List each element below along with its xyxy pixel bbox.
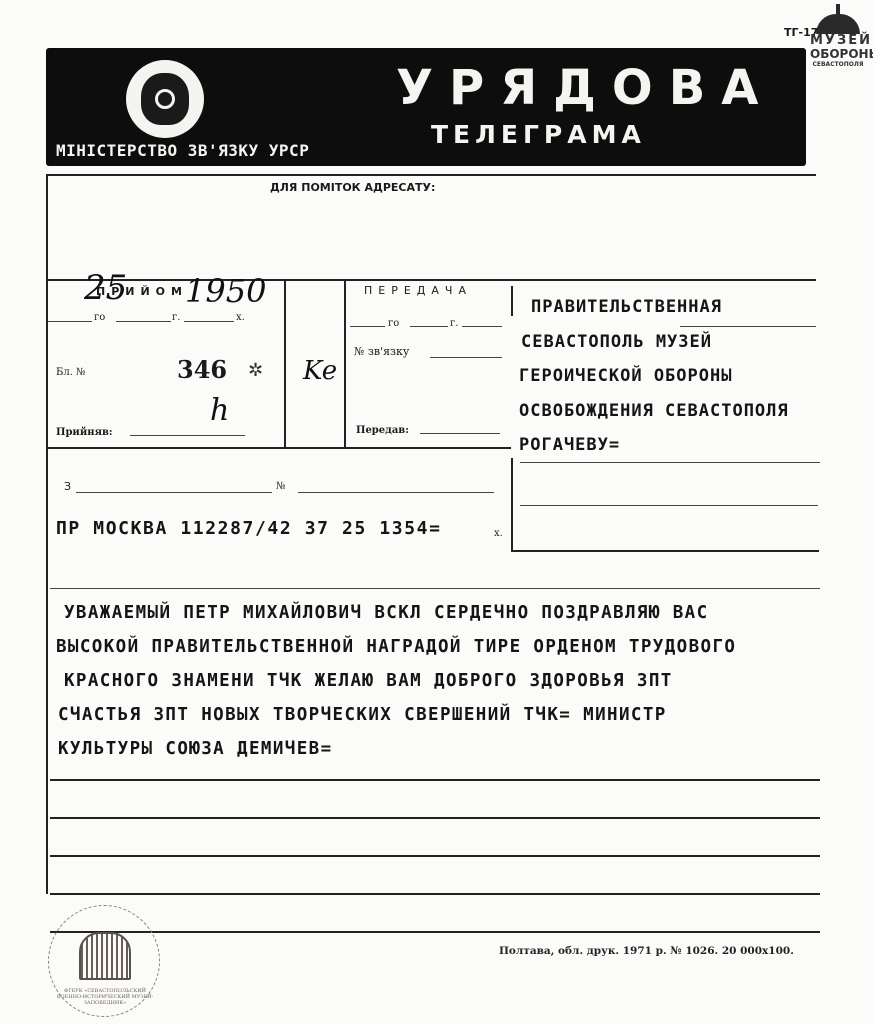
reception-go-label: го: [94, 312, 105, 323]
divider: [511, 550, 819, 552]
asterisk-icon: ✲: [248, 360, 263, 381]
field-line: [520, 505, 818, 506]
divider: [511, 286, 513, 316]
reception-kh-label: х.: [236, 312, 245, 323]
header-banner: МІНІСТЕРСТВО ЗВ'ЯЗКУ УРСР УРЯДОВА ТЕЛЕГР…: [46, 48, 806, 166]
from-label: З: [64, 480, 71, 493]
field-line: [430, 357, 502, 358]
blank-number-label: Бл. №: [56, 367, 86, 378]
address-line: ОСВОБОЖДЕНИЯ СЕВАСТОПОЛЯ: [519, 394, 789, 429]
museum-logo-line3: СЕВАСТОПОЛЯ: [810, 61, 866, 69]
divider: [46, 279, 816, 281]
document-subtitle: ТЕЛЕГРАМА: [431, 122, 646, 147]
addressee-notes-label: ДЛЯ ПОМІТОК АДРЕСАТУ:: [270, 181, 435, 194]
accepted-by-label: Прийняв:: [56, 427, 113, 438]
message-line: КРАСНОГО ЗНАМЕНИ ТЧК ЖЕЛАЮ ВАМ ДОБРОГО З…: [64, 664, 736, 698]
message-line: КУЛЬТУРЫ СОЮЗА ДЕМИЧЕВ=: [58, 732, 736, 766]
field-line: [184, 321, 234, 322]
dome-icon: [816, 14, 860, 34]
service-kh-label: х.: [494, 528, 503, 539]
museum-logo-line1: МУЗЕЙ: [810, 34, 866, 48]
form-left-border: [46, 174, 48, 894]
stamp-text: ФГБУК «СЕВАСТОПОЛЬСКИЙ ВОЕННО-ИСТОРИЧЕСК…: [55, 988, 155, 1006]
divider: [511, 458, 513, 550]
field-line: [50, 855, 820, 857]
address-line: ГЕРОИЧЕСКОЙ ОБОРОНЫ: [519, 359, 789, 394]
field-line: [350, 326, 385, 327]
transmitted-by-label: Передав:: [356, 425, 409, 436]
document-title: УРЯДОВА: [396, 64, 774, 112]
field-line: [50, 893, 820, 895]
field-line: [76, 492, 272, 493]
print-imprint: Полтава, обл. друк. 1971 р. № 1026. 20 0…: [499, 945, 794, 957]
address-line: РОГАЧЕВУ=: [519, 428, 789, 463]
address-line: ПРАВИТЕЛЬСТВЕННАЯ: [531, 290, 789, 325]
divider: [46, 174, 816, 176]
field-line: [50, 588, 820, 589]
message-line: ВЫСОКОЙ ПРАВИТЕЛЬСТВЕННОЙ НАГРАДОЙ ТИРЕ …: [56, 630, 736, 664]
coat-of-arms-icon: [126, 60, 204, 138]
connection-number-label: № зв'язку: [354, 345, 409, 358]
transmission-go-label: го: [388, 318, 399, 329]
message-line: УВАЖАЕМЫЙ ПЕТР МИХАЙЛОВИЧ ВСКЛ СЕРДЕЧНО …: [64, 596, 736, 630]
field-line: [50, 779, 820, 781]
field-line: [50, 931, 820, 933]
address-block: ПРАВИТЕЛЬСТВЕННАЯ СЕВАСТОПОЛЬ МУЗЕЙ ГЕРО…: [531, 290, 789, 463]
transmission-label: ПЕРЕДАЧА: [364, 284, 472, 297]
handwritten-time: 1950: [185, 272, 266, 310]
handwritten-mark: h: [210, 393, 229, 428]
field-line: [50, 817, 820, 819]
transmission-g-label: г.: [450, 318, 458, 329]
museum-logo-line2: ОБОРОНЫ: [810, 48, 866, 61]
field-line: [410, 326, 448, 327]
address-line: СЕВАСТОПОЛЬ МУЗЕЙ: [521, 325, 789, 360]
blank-number: 346: [177, 355, 227, 384]
message-body: УВАЖАЕМЫЙ ПЕТР МИХАЙЛОВИЧ ВСКЛ СЕРДЕЧНО …: [64, 596, 736, 766]
field-line: [130, 435, 245, 436]
handwritten-day: 25: [84, 268, 127, 308]
field-line: [462, 326, 502, 327]
field-line: [48, 321, 92, 322]
divider: [46, 447, 511, 449]
handwritten-initials: Ke: [303, 356, 337, 386]
divider: [284, 281, 286, 447]
reception-g-label: г.: [172, 312, 180, 323]
field-line: [116, 321, 171, 322]
field-line: [298, 492, 494, 493]
field-line: [520, 462, 820, 463]
divider: [344, 281, 346, 447]
museum-logo: МУЗЕЙ ОБОРОНЫ СЕВАСТОПОЛЯ: [810, 14, 866, 69]
field-line: [680, 326, 816, 327]
number-label: №: [276, 481, 285, 492]
museum-building-icon: [79, 932, 131, 980]
ministry-name: МІНІСТЕРСТВО ЗВ'ЯЗКУ УРСР: [56, 141, 309, 160]
message-line: СЧАСТЬЯ ЗПТ НОВЫХ ТВОРЧЕСКИХ СВЕРШЕНИЙ Т…: [58, 698, 736, 732]
service-line: ПР МОСКВА 112287/42 37 25 1354=: [56, 518, 442, 539]
field-line: [420, 433, 500, 434]
museum-stamp: ФГБУК «СЕВАСТОПОЛЬСКИЙ ВОЕННО-ИСТОРИЧЕСК…: [48, 905, 160, 1017]
